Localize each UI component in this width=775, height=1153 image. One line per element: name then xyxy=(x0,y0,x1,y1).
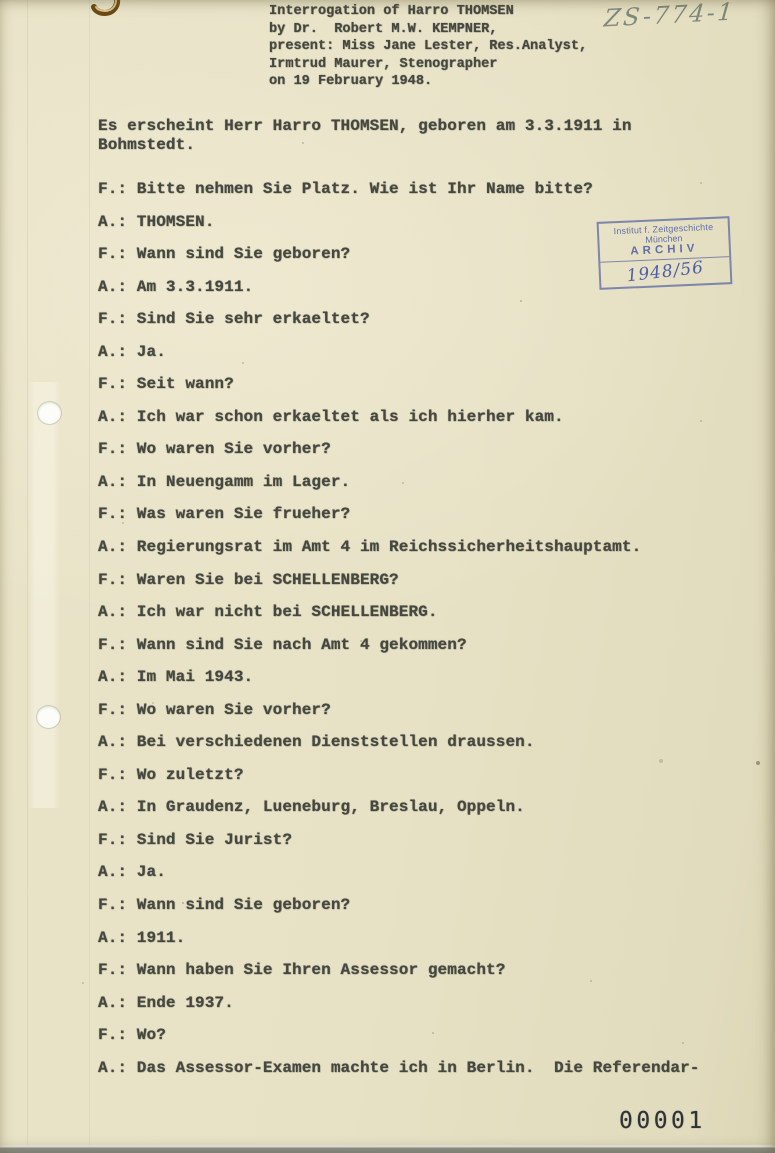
qa-line: A.: In Graudenz, Lueneburg, Breslau, Opp… xyxy=(98,798,700,831)
qa-line: F.: Sind Sie sehr erkaeltet? xyxy=(98,310,700,343)
qa-line: A.: Regierungsrat im Amt 4 im Reichssich… xyxy=(98,538,700,571)
qa-line: A.: Ja. xyxy=(98,863,700,896)
qa-line: A.: Ich war schon erkaeltet als ich hier… xyxy=(98,408,700,441)
qa-line: A.: Ende 1937. xyxy=(98,994,700,1027)
qa-line: A.: In Neuengamm im Lager. xyxy=(98,473,700,506)
qa-line: F.: Bitte nehmen Sie Platz. Wie ist Ihr … xyxy=(98,180,700,213)
staple-mark-icon xyxy=(88,0,128,24)
qa-line: F.: Wann sind Sie nach Amt 4 gekommen? xyxy=(98,636,700,669)
hole-punch-bottom xyxy=(37,706,60,728)
intro-line: Es erscheint Herr Harro THOMSEN, geboren… xyxy=(98,117,632,136)
scan-edge xyxy=(0,1145,775,1153)
scanned-document-page: ZS-774-1 Interrogation of Harro THOMSENb… xyxy=(0,0,775,1153)
qa-line: A.: Das Assessor-Examen machte ich in Be… xyxy=(98,1059,700,1092)
intro-paragraph: Es erscheint Herr Harro THOMSEN, geboren… xyxy=(98,117,632,154)
qa-line: A.: Im Mai 1943. xyxy=(98,668,700,701)
qa-line: A.: Ich war nicht bei SCHELLENBERG. xyxy=(98,603,700,636)
qa-transcript: F.: Bitte nehmen Sie Platz. Wie ist Ihr … xyxy=(98,180,700,1091)
qa-line: F.: Was waren Sie frueher? xyxy=(98,505,700,538)
qa-line: F.: Wo waren Sie vorher? xyxy=(98,701,700,734)
qa-line: A.: 1911. xyxy=(98,929,700,962)
qa-line: F.: Wo waren Sie vorher? xyxy=(98,440,700,473)
document-header: Interrogation of Harro THOMSENby Dr. Rob… xyxy=(269,3,587,91)
qa-line: F.: Wo? xyxy=(98,1026,700,1059)
paper-crease xyxy=(89,0,90,1146)
qa-line: F.: Wann haben Sie Ihren Assessor gemach… xyxy=(98,961,700,994)
intro-line: Bohmstedt. xyxy=(98,136,632,155)
qa-line: F.: Sind Sie Jurist? xyxy=(98,831,700,864)
header-line: Irmtrud Maurer, Stenographer xyxy=(269,56,587,74)
hole-punch-top xyxy=(38,402,61,424)
header-line: on 19 February 1948. xyxy=(269,73,587,91)
catalog-number-handwritten: ZS-774-1 xyxy=(603,0,775,33)
qa-line: F.: Wann sind Sie geboren? xyxy=(98,896,700,929)
qa-line: A.: Bei verschiedenen Dienststellen drau… xyxy=(98,733,700,766)
tape-repair-strip xyxy=(28,382,60,808)
page-number-stamp: 00001 xyxy=(619,1108,706,1134)
archive-stamp: Institut f. Zeitgeschichte München ARCHI… xyxy=(597,216,733,290)
qa-line: A.: Ja. xyxy=(98,343,700,376)
paper-crease xyxy=(27,0,28,1146)
paper-specks xyxy=(0,0,2,2)
header-line: present: Miss Jane Lester, Res.Analyst, xyxy=(269,38,587,56)
qa-line: F.: Seit wann? xyxy=(98,375,700,408)
qa-line: F.: Wo zuletzt? xyxy=(98,766,700,799)
header-line: Interrogation of Harro THOMSEN xyxy=(269,3,587,21)
qa-line: F.: Waren Sie bei SCHELLENBERG? xyxy=(98,571,700,604)
header-line: by Dr. Robert M.W. KEMPNER, xyxy=(269,21,587,39)
